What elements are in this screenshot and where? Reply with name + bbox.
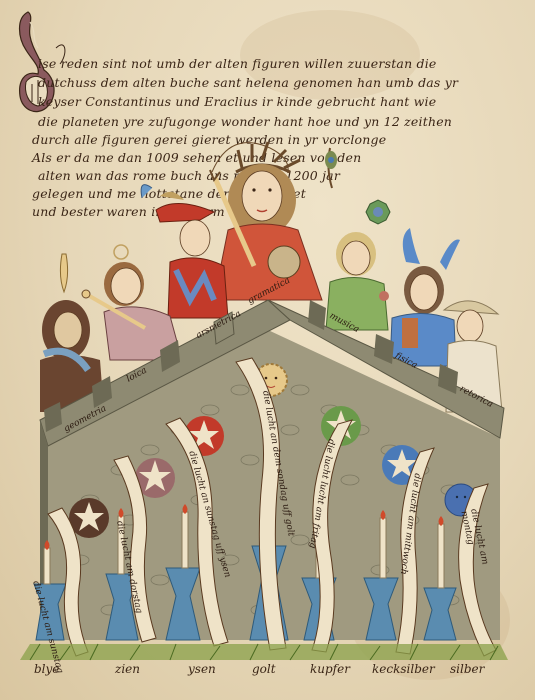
metal-label-silver: silber xyxy=(450,662,484,676)
metal-label-gold: golt xyxy=(252,662,276,676)
illumination-scene xyxy=(0,0,535,700)
jupiter-figure xyxy=(82,245,182,360)
metal-label-tin: zien xyxy=(115,662,140,676)
metal-label-copper: kupfer xyxy=(310,662,350,676)
sol-figure xyxy=(210,142,322,300)
manuscript-page: ise reden sint not umb der alten figuren… xyxy=(0,0,535,700)
metal-label-lead: blye xyxy=(34,662,59,676)
mars-figure xyxy=(141,185,228,318)
metal-label-mercury: kecksilber xyxy=(372,662,435,676)
venus-figure xyxy=(325,148,390,330)
grass-ground xyxy=(20,644,508,660)
saturn-star-icon xyxy=(69,498,109,538)
metal-label-iron: ysen xyxy=(188,662,216,676)
